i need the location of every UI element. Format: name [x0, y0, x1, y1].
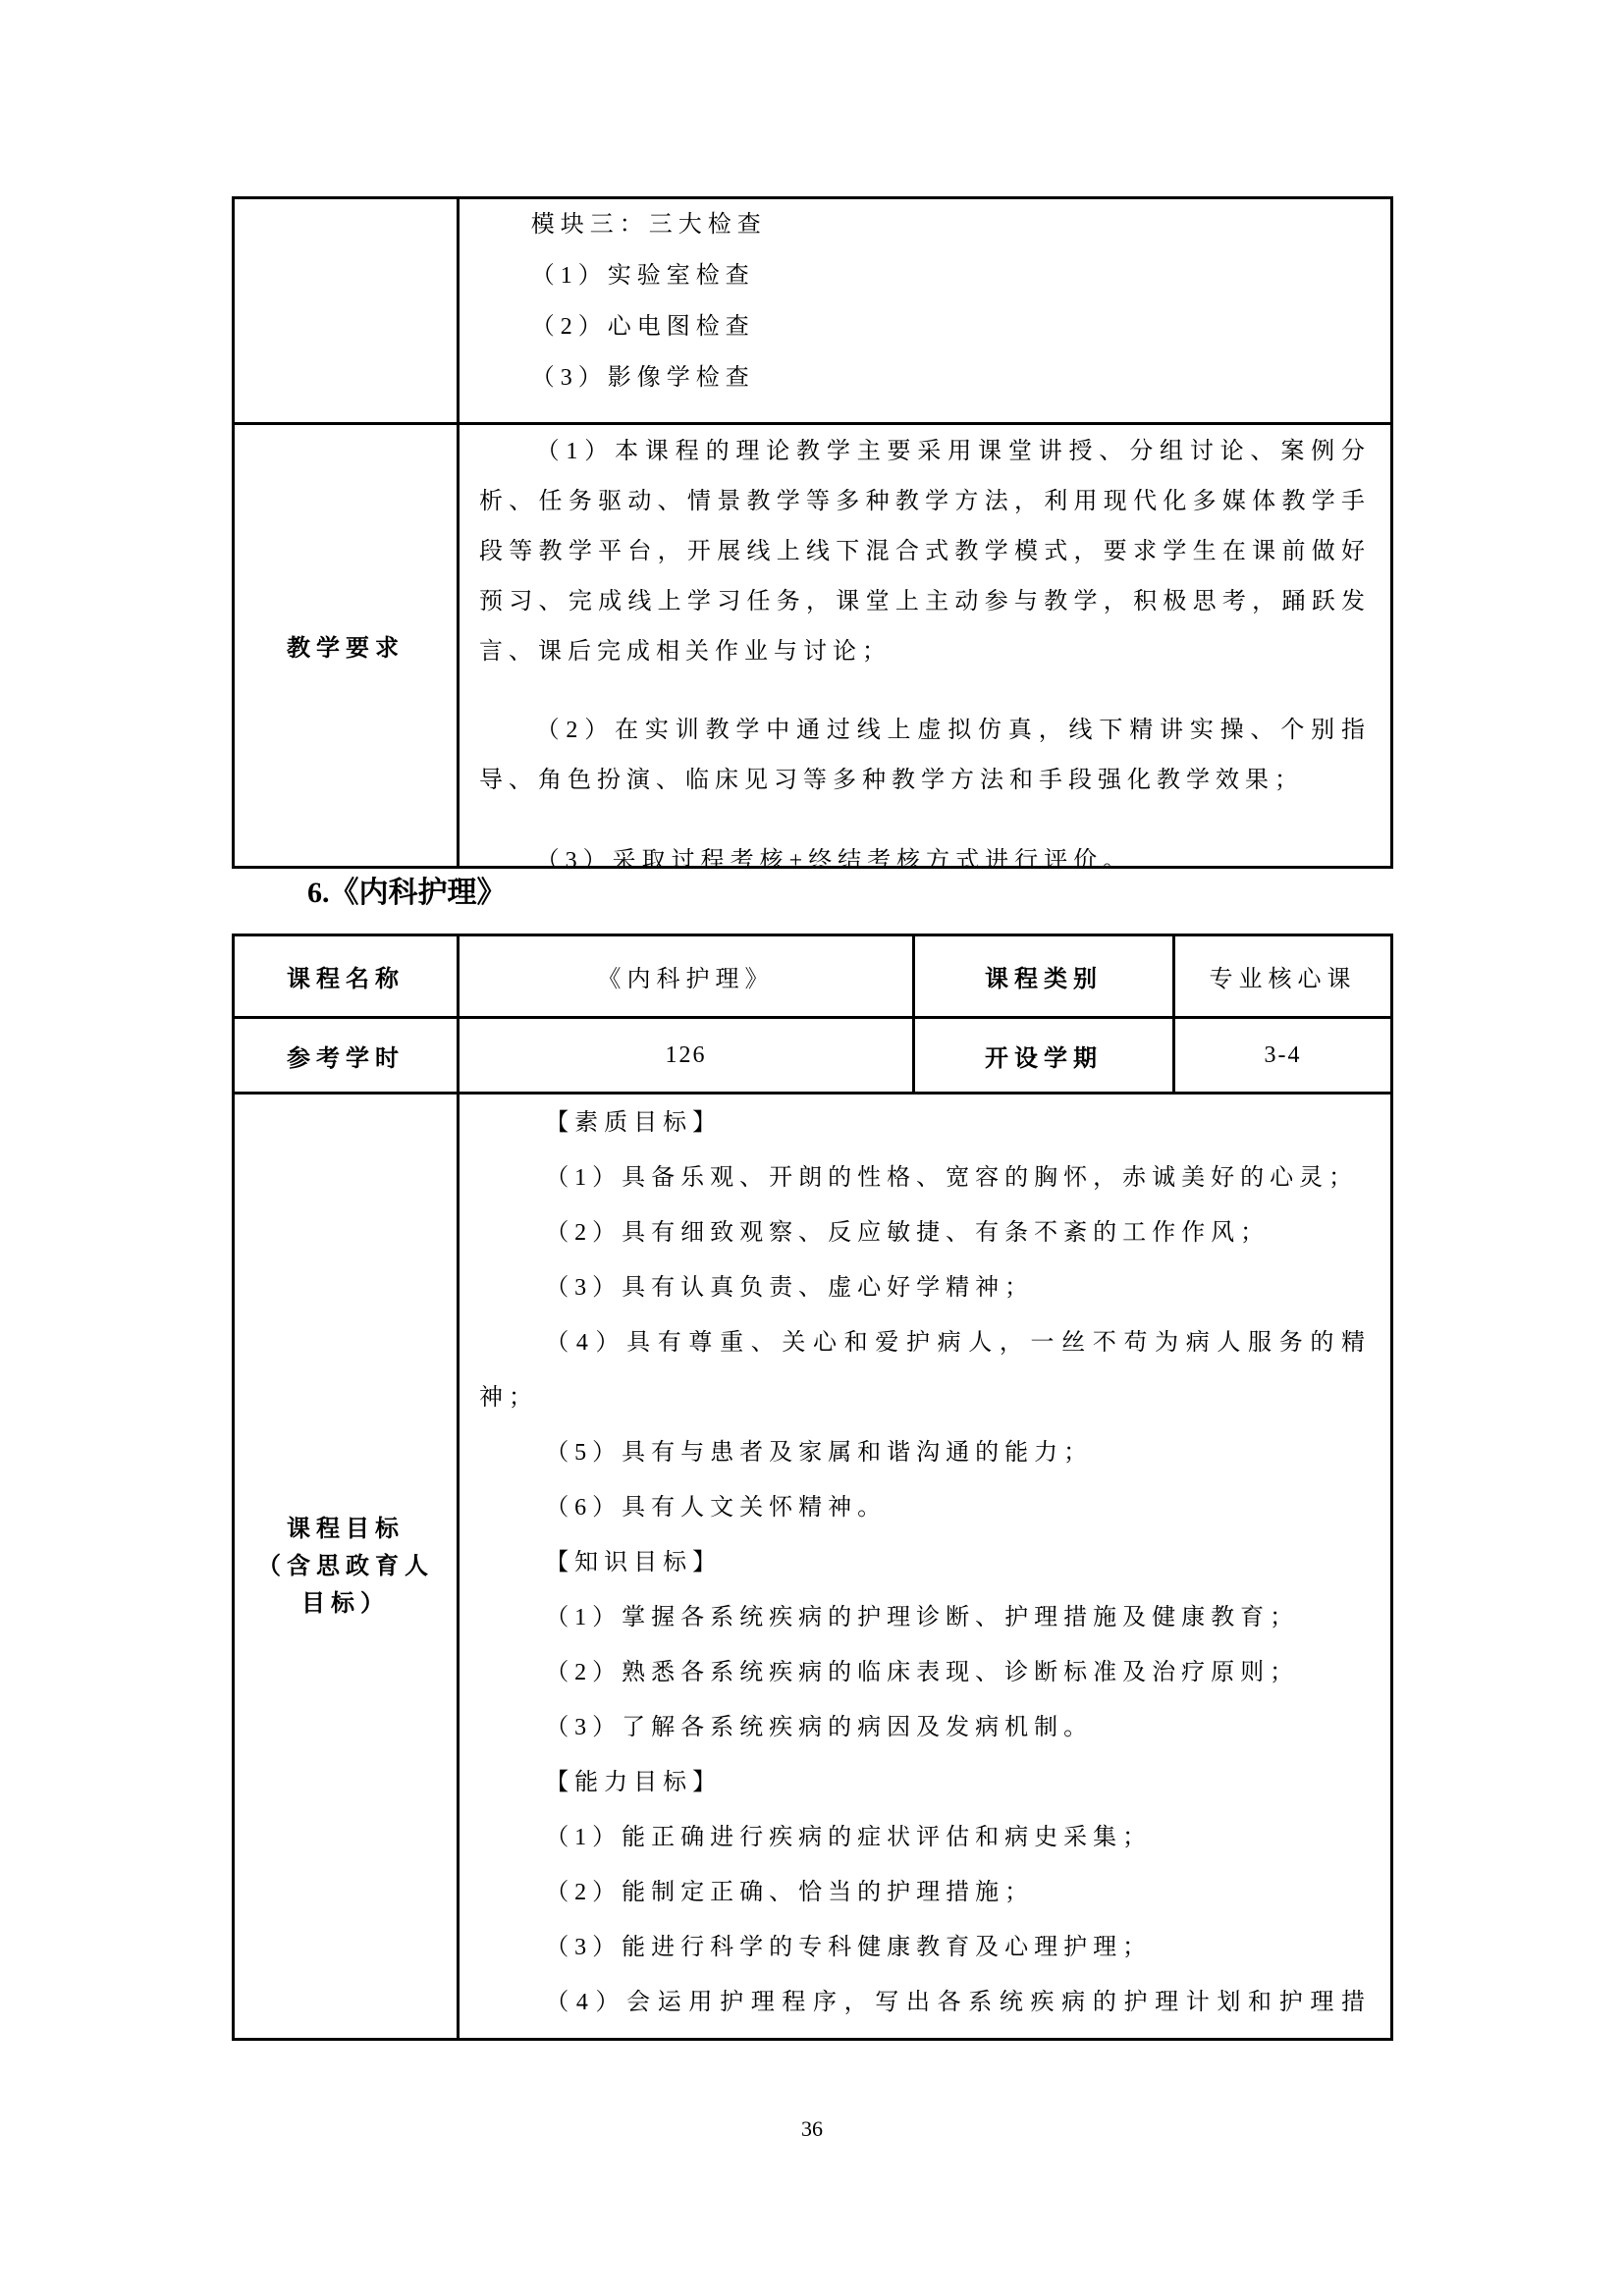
- teaching-requirements-table: 模块三：三大检查 （1）实验室检查 （2）心电图检查 （3）影像学检查 教学要求…: [232, 196, 1393, 869]
- objective-line: （3）了解各系统疾病的病因及发病机制。: [479, 1700, 1371, 1755]
- objective-line: （2）能制定正确、恰当的护理措施；: [479, 1865, 1371, 1920]
- objective-line: （5）具有与患者及家属和谐沟通的能力；: [479, 1425, 1371, 1480]
- module-item-line: （3）影像学检查: [479, 352, 1371, 403]
- course-objectives-label-line: （含思政育人: [257, 1548, 434, 1585]
- objective-line: （6）具有人文关怀精神。: [479, 1480, 1371, 1535]
- course-name-value: 《内科护理》: [457, 936, 912, 1016]
- teaching-paragraph: （3）采取过程考核+终结考核方式进行评价。: [479, 836, 1371, 866]
- teaching-requirements-label-text: 教学要求: [287, 628, 405, 663]
- objective-line: （3）能进行科学的专科健康教育及心理护理；: [479, 1920, 1371, 1975]
- course-category-label: 课程类别: [912, 936, 1172, 1016]
- course-objectives-label: 课程目标 （含思政育人 目标）: [235, 1095, 457, 2038]
- objective-line: （3）具有认真负责、虚心好学精神；: [479, 1260, 1371, 1315]
- course-name-row: 课程名称 《内科护理》 课程类别 专业核心课: [235, 936, 1390, 1016]
- course-info-table: 课程名称 《内科护理》 课程类别 专业核心课 参考学时 126 开设学期 3-4…: [232, 934, 1393, 2041]
- objectives-section-header: 【知识目标】: [479, 1535, 1371, 1590]
- teaching-requirements-label: 教学要求: [235, 425, 457, 866]
- objectives-section-header: 【素质目标】: [479, 1095, 1371, 1150]
- teaching-requirements-row: 教学要求 （1）本课程的理论教学主要采用课堂讲授、分组讨论、案例分析、任务驱动、…: [235, 422, 1390, 866]
- semester-value: 3-4: [1172, 1019, 1390, 1092]
- course-objectives-content-cell: 【素质目标】 （1）具备乐观、开朗的性格、宽容的胸怀，赤诚美好的心灵； （2）具…: [457, 1095, 1390, 2038]
- course-hours-row: 参考学时 126 开设学期 3-4: [235, 1016, 1390, 1092]
- objective-line: （4）会运用护理程序，写出各系统疾病的护理计划和护理措施，进行整体护理。: [479, 1975, 1371, 2038]
- module-item-line: （1）实验室检查: [479, 250, 1371, 301]
- course-objectives-row: 课程目标 （含思政育人 目标） 【素质目标】 （1）具备乐观、开朗的性格、宽容的…: [235, 1092, 1390, 2038]
- objective-line: （1）具备乐观、开朗的性格、宽容的胸怀，赤诚美好的心灵；: [479, 1150, 1371, 1205]
- objective-line: （1）能正确进行疾病的症状评估和病史采集；: [479, 1810, 1371, 1865]
- reference-hours-value: 126: [457, 1019, 912, 1092]
- module-title-line: 模块三：三大检查: [479, 199, 1371, 250]
- teaching-paragraph: （1）本课程的理论教学主要采用课堂讲授、分组讨论、案例分析、任务驱动、情景教学等…: [479, 427, 1371, 677]
- course-objectives-label-line: 课程目标: [287, 1511, 405, 1548]
- objective-line: （2）熟悉各系统疾病的临床表现、诊断标准及治疗原则；: [479, 1645, 1371, 1700]
- module-content-cell: 模块三：三大检查 （1）实验室检查 （2）心电图检查 （3）影像学检查: [457, 199, 1390, 422]
- page-number: 36: [0, 2116, 1624, 2142]
- objective-line: （4）具有尊重、关心和爱护病人，一丝不苟为病人服务的精神；: [479, 1315, 1371, 1425]
- module-row: 模块三：三大检查 （1）实验室检查 （2）心电图检查 （3）影像学检查: [235, 199, 1390, 422]
- section-heading: 6.《内科护理》: [307, 874, 507, 913]
- objective-line: （1）掌握各系统疾病的护理诊断、护理措施及健康教育；: [479, 1590, 1371, 1645]
- module-row-empty-label-cell: [235, 199, 457, 422]
- module-item-line: （2）心电图检查: [479, 301, 1371, 352]
- objectives-section-header: 【能力目标】: [479, 1755, 1371, 1810]
- reference-hours-label: 参考学时: [235, 1019, 457, 1092]
- teaching-requirements-content-cell: （1）本课程的理论教学主要采用课堂讲授、分组讨论、案例分析、任务驱动、情景教学等…: [457, 425, 1390, 866]
- objective-line: （2）具有细致观察、反应敏捷、有条不紊的工作作风；: [479, 1205, 1371, 1260]
- semester-label: 开设学期: [912, 1019, 1172, 1092]
- teaching-paragraph: （2）在实训教学中通过线上虚拟仿真，线下精讲实操、个别指导、角色扮演、临床见习等…: [479, 706, 1371, 806]
- course-name-label: 课程名称: [235, 936, 457, 1016]
- course-category-value: 专业核心课: [1172, 936, 1390, 1016]
- course-objectives-label-line: 目标）: [301, 1585, 390, 1623]
